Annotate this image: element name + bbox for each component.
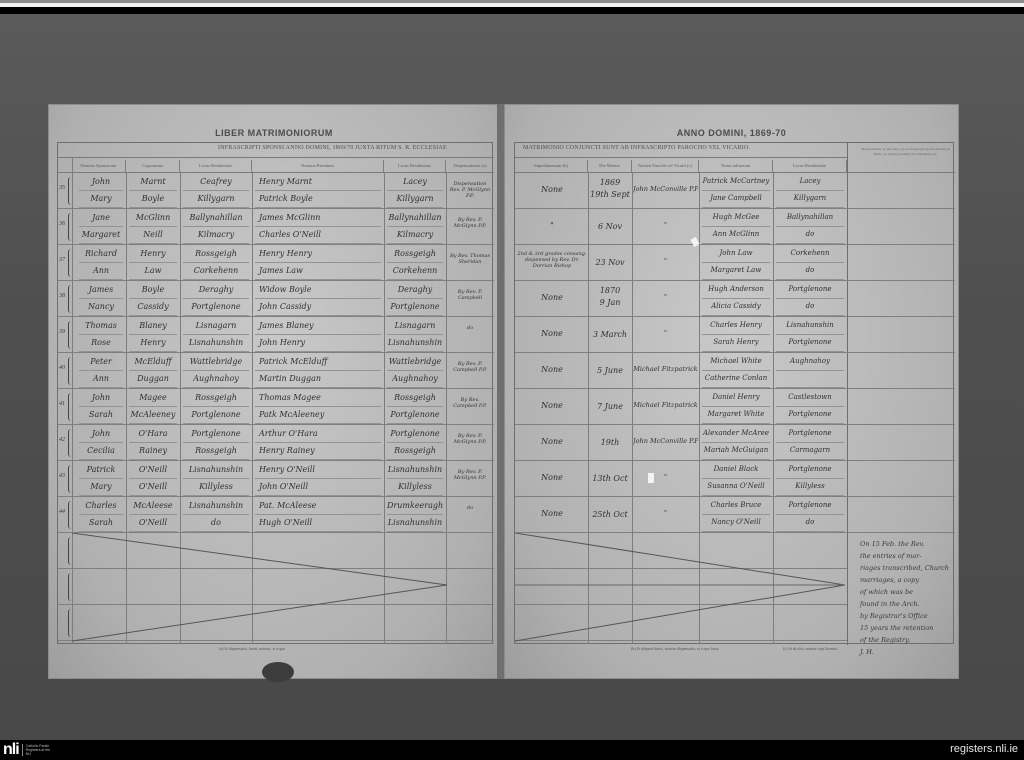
brace-mark (68, 501, 71, 529)
cell-residence: CeafreyKillygarn (180, 174, 252, 208)
cell-priest: " (633, 473, 698, 481)
cell-date: 6 Nov (589, 221, 631, 233)
cell-date: 7 June (589, 401, 631, 413)
entry-number: 43 (59, 473, 65, 479)
cell-names: JaneMargaret (76, 210, 126, 244)
brace-mark (68, 321, 71, 349)
table-row: 41JohnSarahMageeMcAleeneyRossgeighPortgl… (58, 389, 494, 425)
cell-residence: LisnahunshinPortglenone (773, 318, 847, 352)
table-row: 36JaneMargaretMcGlinnNeillBallynahillanK… (58, 209, 494, 245)
cell-names: CharlesSarah (76, 498, 126, 532)
cell-date: 13th Oct (589, 473, 631, 485)
cell-surnames: McElduffDuggan (126, 354, 180, 388)
cell-residence: PortglenoneKillyless (773, 462, 847, 496)
cell-impediment: None (517, 329, 587, 338)
cell-date: 186919th Sept (589, 177, 631, 201)
cell-priest: John McConville P.P. (633, 437, 698, 445)
col-header: Nomina Sponsorum (72, 160, 126, 172)
cell-priest: " (633, 257, 698, 265)
footer-bar: nli Catholic Parish Registers at the NLI… (0, 740, 1024, 760)
col-header: Die Mensis (588, 160, 632, 172)
cell-surnames: BlaneyHenry (126, 318, 180, 352)
cell-parents-residence: DrumkeeraghLisnahunshin (384, 498, 446, 532)
cell-date: 23 Nov (589, 257, 631, 269)
register-book: LIBER MATRIMONIORUM INFRASCRIPTI SPONSI … (44, 104, 964, 679)
page-stain (262, 662, 294, 682)
col-header: Impedimentum (b) (515, 160, 588, 172)
brace-mark (68, 429, 71, 457)
cancel-lines (515, 533, 855, 645)
cell-dispensation: By Rev. P. Campbell (448, 289, 492, 301)
cell-parents-residence: BallynahillanKilmacry (384, 210, 446, 244)
cell-witnesses: Hugh McGeeAnn McGlinn (699, 210, 773, 244)
cell-residence: Aughnahoy (773, 354, 847, 388)
cell-residence: PortglenoneRossgeigh (180, 426, 252, 460)
cell-names: JohnCecilia (76, 426, 126, 460)
col-header: Cognomina (126, 160, 180, 172)
cell-names: ThomasRose (76, 318, 126, 352)
entry-number: 42 (59, 437, 65, 443)
cell-date: 18709 Jan (589, 285, 631, 309)
cell-surnames: MageeMcAleeney (126, 390, 180, 424)
cell-impediment: None (517, 473, 587, 482)
nli-logo-mark: nli (3, 742, 19, 758)
cell-parents-residence: PortglenoneRossgeigh (384, 426, 446, 460)
cell-impediment: None (517, 365, 587, 374)
site-url-link[interactable]: registers.nli.ie (950, 743, 1018, 755)
cell-parents: Patrick McElduffMartin Duggan (252, 354, 384, 388)
cell-parents-residence: LaceyKillygarn (384, 174, 446, 208)
entry-number: 40 (59, 365, 65, 371)
cell-parents: James McGlinnCharles O'Neill (252, 210, 384, 244)
table-row: None7 JuneMichael FitzpatrickDaniel Henr… (515, 389, 955, 425)
cell-witnesses: Charles HenrySarah Henry (699, 318, 773, 352)
cell-dispensation: By Rev. P. McGlynn P.P. (448, 433, 492, 445)
cell-residence: DeraghyPortglenone (180, 282, 252, 316)
cell-surnames: McGlinnNeill (126, 210, 180, 244)
table-row: None25th Oct"Charles BruceNancy O'NeillP… (515, 497, 955, 533)
table-row: 42JohnCeciliaO'HaraRaineyPortglenoneRoss… (58, 425, 494, 461)
cell-names: JohnSarah (76, 390, 126, 424)
col-header: Nomina Parentum (252, 160, 384, 172)
col-header: Testes adfuerunt (699, 160, 773, 172)
brace-mark (68, 213, 71, 241)
cell-dispensation: By Rev. P. McGlynn P.P. (448, 217, 492, 229)
entry-number: 35 (59, 185, 65, 191)
cell-surnames: BoyleCassidy (126, 282, 180, 316)
table-row: 2nd & 3rd grades consang. dispensed by R… (515, 245, 955, 281)
marriage-ledger-right: MATRIMONIO CONJUNCTI SUNT AB INFRASCRIPT… (514, 142, 954, 644)
col-header: Locus Residentiae (384, 160, 446, 172)
observation-note: On 15 Feb. the Rev. the entries of mar- … (860, 538, 955, 658)
cell-priest: John McConville P.P. (633, 185, 698, 193)
cell-residence: Portglenonedo (773, 498, 847, 532)
col-header: Locus Residentiae (180, 160, 252, 172)
cell-surnames: MarntBoyle (126, 174, 180, 208)
cell-names: PeterAnn (76, 354, 126, 388)
right-footnote-b: (b) Si aliquod fuerit, notetur dispensat… (631, 646, 719, 651)
cell-date: 25th Oct (589, 509, 631, 521)
cell-residence: WattlebridgeAughnahoy (180, 354, 252, 388)
cell-dispensation: By Rev. Campbell P.P. (448, 397, 492, 409)
marriage-ledger-left: INFRASCRIPTI SPONSI ANNO DOMINI, 1869/70… (57, 142, 493, 644)
cell-parents: Arthur O'HaraHenry Rainey (252, 426, 384, 460)
cell-dispensation: Dispensation Rev. P. McGlynn P.P. (448, 181, 492, 199)
observations-header: Observationes, si quæ sint, e.g. si vel … (858, 147, 953, 157)
cell-parents-residence: RossgeighCorkehenn (384, 246, 446, 280)
cell-residence: CastlestownPortglenone (773, 390, 847, 424)
image-viewer[interactable]: LIBER MATRIMONIORUM INFRASCRIPTI SPONSI … (0, 14, 1024, 740)
left-banner: INFRASCRIPTI SPONSI ANNO DOMINI, 1869/70… (218, 145, 447, 151)
cell-witnesses: Patrick McCartneyJane Campbell (699, 174, 773, 208)
cell-impediment: None (517, 401, 587, 410)
table-row: 39ThomasRoseBlaneyHenryLisnagarnLisnahun… (58, 317, 494, 353)
cell-residence: Portglenonedo (773, 282, 847, 316)
cell-date: 3 March (589, 329, 631, 341)
cell-parents: Thomas MageePatk McAleeney (252, 390, 384, 424)
cell-names: RichardAnn (76, 246, 126, 280)
cell-residence: LaceyKillygarn (773, 174, 847, 208)
cell-date: 5 June (589, 365, 631, 377)
nli-logo[interactable]: nli Catholic Parish Registers at the NLI (3, 742, 56, 758)
cell-surnames: McAleeseO'Neill (126, 498, 180, 532)
entry-number: 36 (59, 221, 65, 227)
cell-residence: RossgeighPortglenone (180, 390, 252, 424)
table-row: None3 March"Charles HenrySarah HenryLisn… (515, 317, 955, 353)
cell-residence: BallynahillanKilmacry (180, 210, 252, 244)
cell-parents-residence: LisnahunshinKillyless (384, 462, 446, 496)
brace-mark (68, 285, 71, 313)
entry-number: 38 (59, 293, 65, 299)
cell-witnesses: Alexander McAreeMariah McGuigan (699, 426, 773, 460)
table-row: None13th Oct"Daniel BlackSusanna O'Neill… (515, 461, 955, 497)
cell-surnames: HenryLaw (126, 246, 180, 280)
col-header: Nomen Parochi vel Vicarii (c) (632, 160, 699, 172)
left-footnote: (a) Si dispensatio, fuerit, notetur, et … (219, 646, 286, 651)
right-footnote-c: (c) Si ab alio, notetur ejus licentia. (783, 646, 838, 651)
left-page: LIBER MATRIMONIORUM INFRASCRIPTI SPONSI … (48, 104, 500, 679)
cell-priest: Michael Fitzpatrick (633, 365, 698, 373)
cell-date: 19th (589, 437, 631, 449)
table-row: 40PeterAnnMcElduffDugganWattlebridgeAugh… (58, 353, 494, 389)
right-page: ANNO DOMINI, 1869-70 MATRIMONIO CONJUNCT… (504, 104, 959, 679)
cancel-lines (72, 533, 496, 645)
cell-residence: RossgeighCorkehenn (180, 246, 252, 280)
cell-names: JamesNancy (76, 282, 126, 316)
cell-impediment: 2nd & 3rd grades consang. dispensed by R… (517, 251, 587, 269)
nli-logo-text: Catholic Parish Registers at the NLI (26, 744, 56, 756)
cell-surnames: O'NeillO'Neill (126, 462, 180, 496)
cell-residence: Ballynahillando (773, 210, 847, 244)
cell-parents-residence: WattlebridgeAughnahoy (384, 354, 446, 388)
cell-dispensation: By Rev. P. Campbell P.P. (448, 361, 492, 373)
cell-priest: " (633, 329, 698, 337)
cell-impediment: None (517, 509, 587, 518)
col-header: Dispensationes (a) (446, 160, 494, 172)
cell-dispensation: By Rev. Thomas Sheridan (448, 253, 492, 265)
cell-parents: Henry HenryJames Law (252, 246, 384, 280)
cell-residence: LisnahunshinKillyless (180, 462, 252, 496)
brace-mark (68, 249, 71, 277)
cell-parents-residence: DeraghyPortglenone (384, 282, 446, 316)
table-row: None5 JuneMichael FitzpatrickMichael Whi… (515, 353, 955, 389)
cell-witnesses: Michael WhiteCatherine Conlan (699, 354, 773, 388)
left-page-title: LIBER MATRIMONIORUM (49, 128, 499, 138)
cell-priest: " (633, 221, 698, 229)
cell-dispensation: do (448, 325, 492, 331)
cell-parents: Pat. McAleeseHugh O'Neill (252, 498, 384, 532)
col-header: Locus Residentiae (773, 160, 847, 172)
brace-mark (68, 465, 71, 493)
cell-impediment: " (517, 221, 587, 230)
entry-number: 44 (59, 509, 65, 515)
cell-residence: Corkehenndo (773, 246, 847, 280)
cell-impediment: None (517, 293, 587, 302)
table-row: 35JohnMaryMarntBoyleCeafreyKillygarnHenr… (58, 173, 494, 209)
cell-priest: " (633, 509, 698, 517)
cell-priest: Michael Fitzpatrick (633, 401, 698, 409)
cell-parents: Widow BoyleJohn Cassidy (252, 282, 384, 316)
cell-witnesses: John LawMargaret Law (699, 246, 773, 280)
cell-names: PatrickMary (76, 462, 126, 496)
table-row: 38JamesNancyBoyleCassidyDeraghyPortgleno… (58, 281, 494, 317)
table-row: None19thJohn McConville P.P.Alexander Mc… (515, 425, 955, 461)
right-banner: MATRIMONIO CONJUNCTI SUNT AB INFRASCRIPT… (523, 145, 750, 151)
table-row: 43PatrickMaryO'NeillO'NeillLisnahunshinK… (58, 461, 494, 497)
cell-dispensation: By Rev. P. McGlynn P.P. (448, 469, 492, 481)
table-row: "6 Nov"Hugh McGeeAnn McGlinnBallynahilla… (515, 209, 955, 245)
entry-number: 39 (59, 329, 65, 335)
top-border (0, 0, 1024, 14)
table-row: 37RichardAnnHenryLawRossgeighCorkehennHe… (58, 245, 494, 281)
brace-mark (68, 357, 71, 385)
cell-parents-residence: RossgeighPortglenone (384, 390, 446, 424)
cell-witnesses: Hugh AndersonAlicia Cassidy (699, 282, 773, 316)
table-row: None18709 Jan"Hugh AndersonAlicia Cassid… (515, 281, 955, 317)
cell-parents: Henry MarntPatrick Boyle (252, 174, 384, 208)
cell-residence: LisnagarnLisnahunshin (180, 318, 252, 352)
cell-witnesses: Charles BruceNancy O'Neill (699, 498, 773, 532)
cell-impediment: None (517, 437, 587, 446)
entry-number: 41 (59, 401, 65, 407)
cell-dispensation: do (448, 505, 492, 511)
table-row: None186919th SeptJohn McConville P.P.Pat… (515, 173, 955, 209)
entry-number: 37 (59, 257, 65, 263)
cell-residence: PortglenoneCarmagarn (773, 426, 847, 460)
cell-impediment: None (517, 185, 587, 194)
cell-parents: Henry O'NeillJohn O'Neill (252, 462, 384, 496)
cell-witnesses: Daniel BlackSusanna O'Neill (699, 462, 773, 496)
table-row: 44CharlesSarahMcAleeseO'NeillLisnahunshi… (58, 497, 494, 533)
right-page-title: ANNO DOMINI, 1869-70 (505, 128, 958, 138)
cell-parents: James BlaneyJohn Henry (252, 318, 384, 352)
cell-names: JohnMary (76, 174, 126, 208)
cell-surnames: O'HaraRainey (126, 426, 180, 460)
cell-parents-residence: LisnagarnLisnahunshin (384, 318, 446, 352)
brace-mark (68, 393, 71, 421)
cell-priest: " (633, 293, 698, 301)
brace-mark (68, 177, 71, 205)
cell-witnesses: Daniel HenryMargaret White (699, 390, 773, 424)
cell-residence: Lisnahunshindo (180, 498, 252, 532)
